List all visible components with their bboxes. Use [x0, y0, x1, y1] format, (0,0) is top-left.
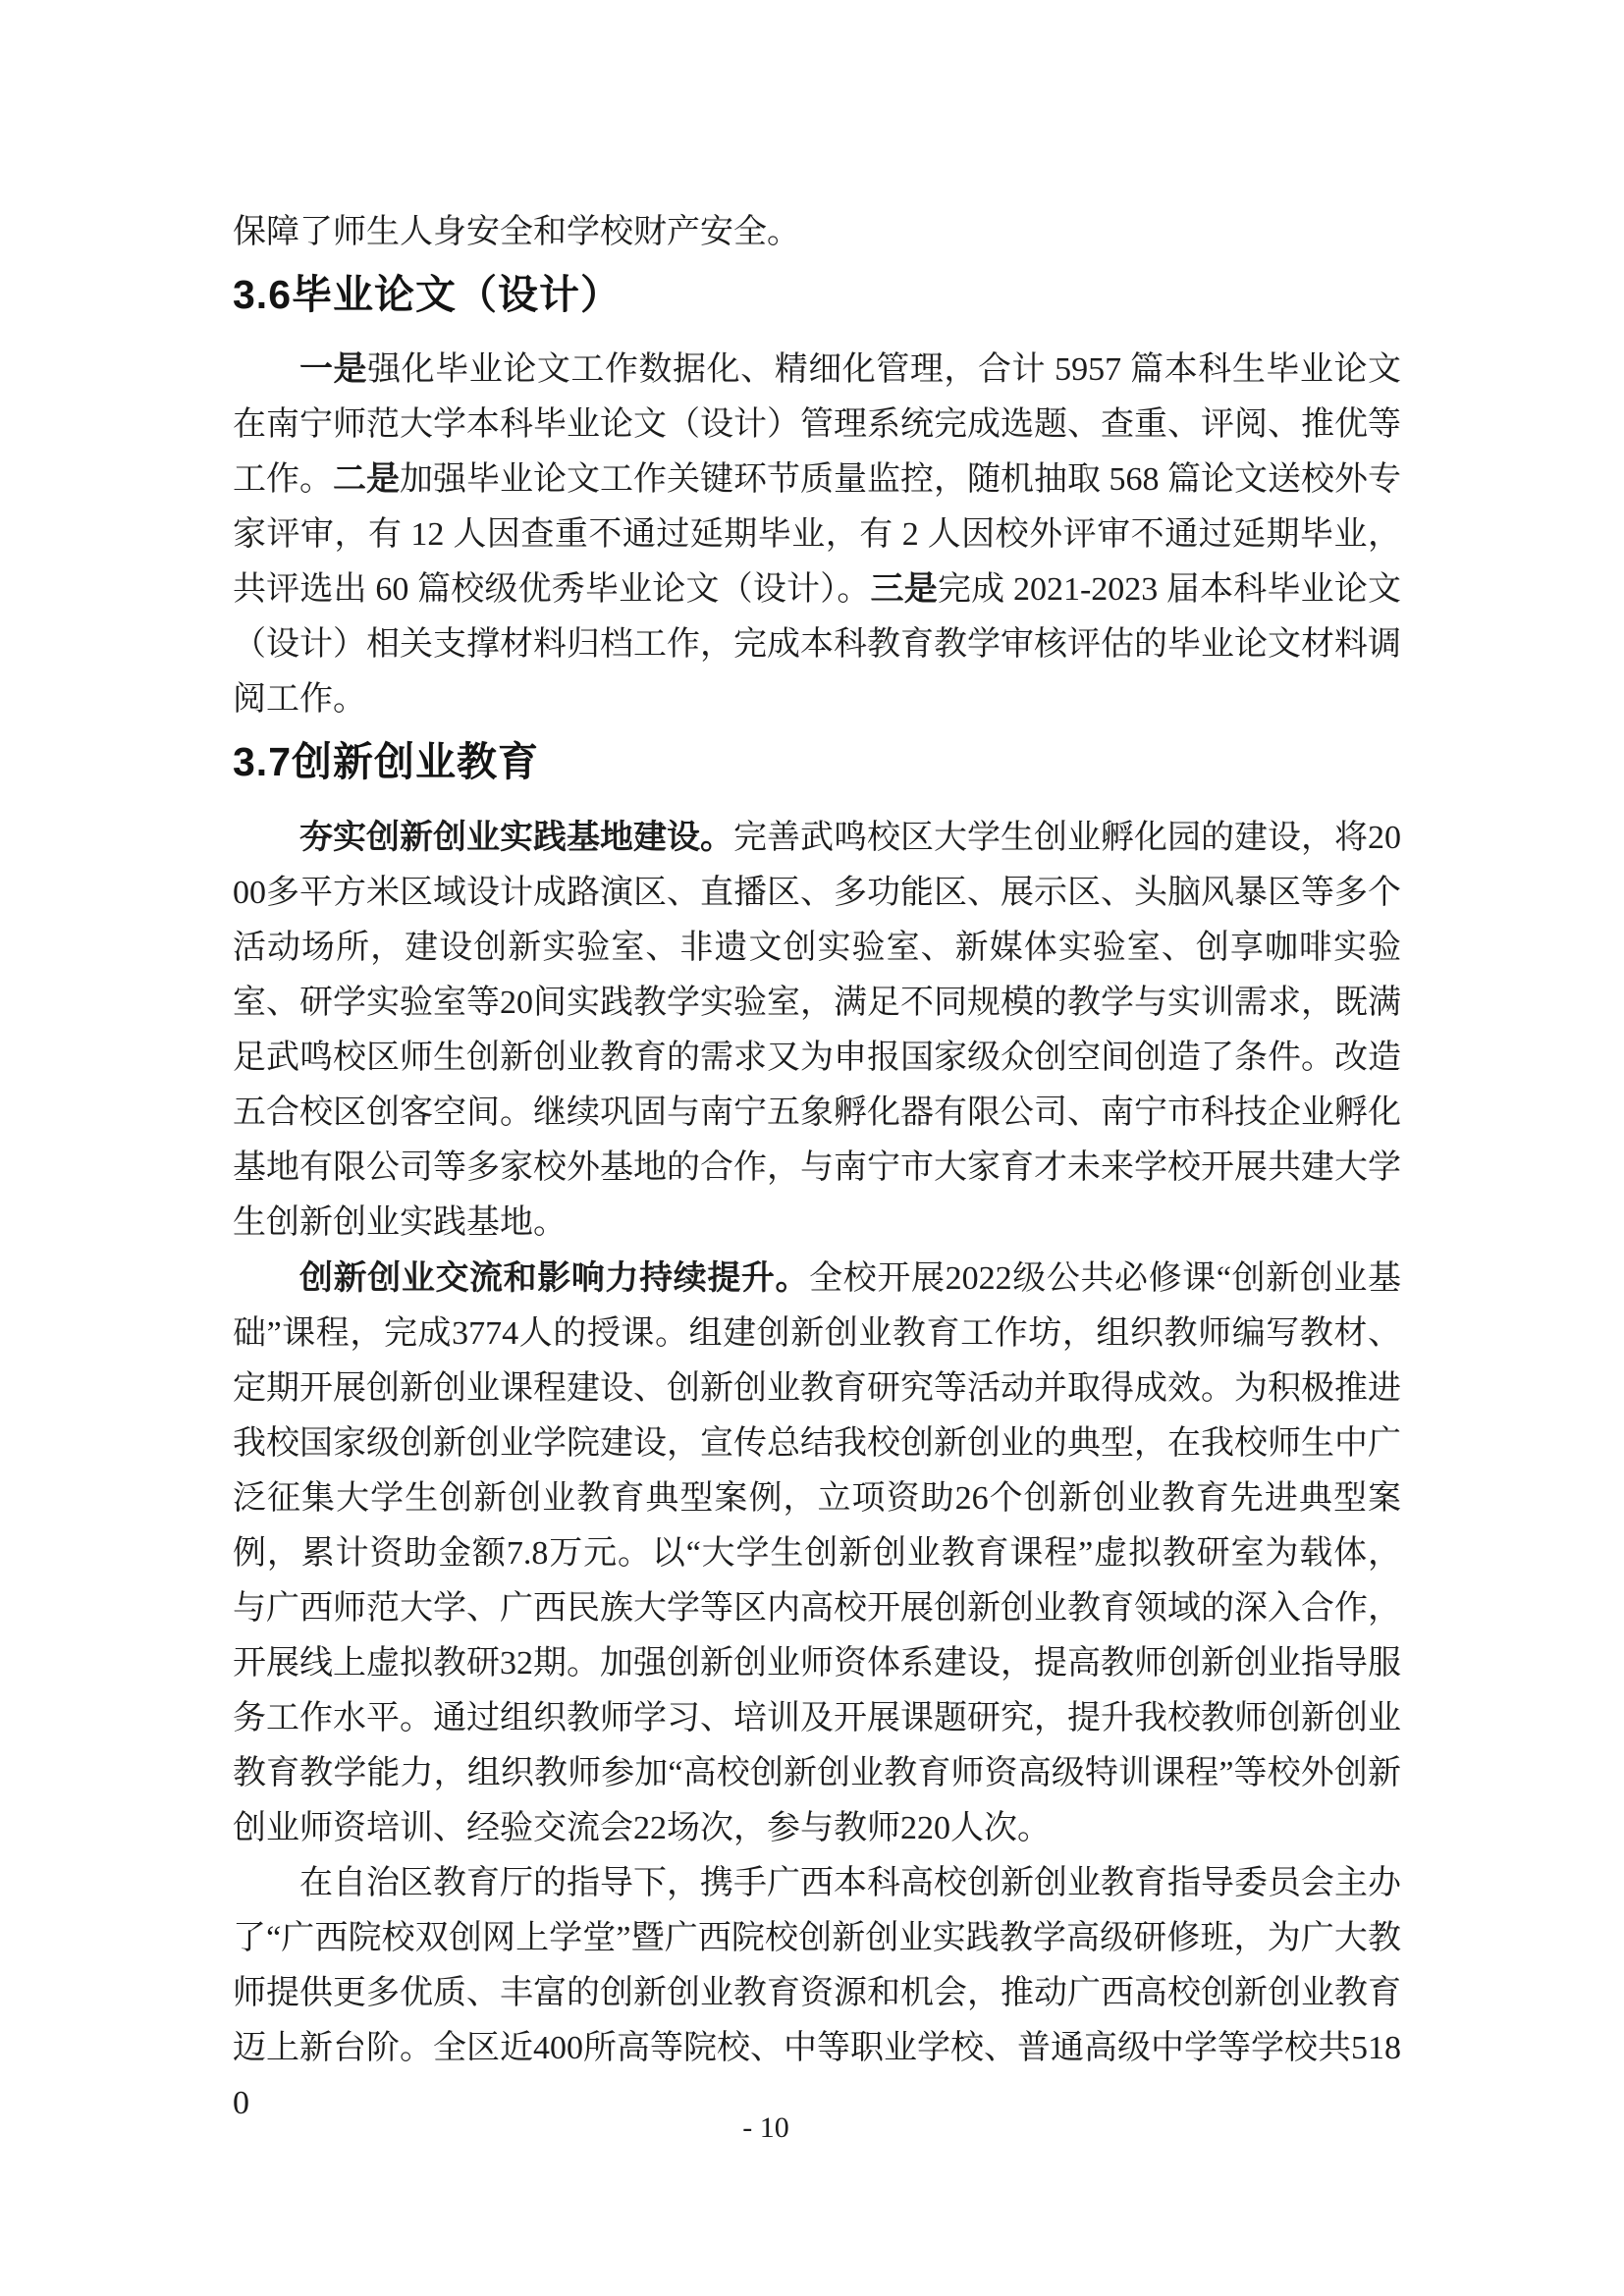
section-3-7-paragraph-1: 夯实创新创业实践基地建设。完善武鸣校区大学生创业孵化园的建设，将2000多平方米…	[233, 810, 1401, 1251]
bold-lead-exchange-influence: 创新创业交流和影响力持续提升。	[299, 1259, 809, 1297]
text-run: 完善武鸣校区大学生创业孵化园的建设，将2000多平方米区域设计成路演区、直播区、…	[233, 820, 1401, 1241]
text-run: 全校开展2022级公共必修课“创新创业基础”课程，完成3774人的授课。组建创新…	[233, 1260, 1401, 1846]
bold-lead-practice-base: 夯实创新创业实践基地建设。	[299, 819, 733, 856]
document-page: 保障了师生人身安全和学校财产安全。 3.6毕业论文（设计） 一是强化毕业论文工作…	[0, 0, 1624, 2296]
page-content: 保障了师生人身安全和学校财产安全。 3.6毕业论文（设计） 一是强化毕业论文工作…	[233, 205, 1401, 2131]
bold-marker-first: 一是	[299, 351, 367, 388]
section-3-6-paragraph: 一是强化毕业论文工作数据化、精细化管理，合计 5957 篇本科生毕业论文在南宁师…	[233, 343, 1401, 727]
section-3-7-paragraph-3: 在自治区教育厅的指导下，携手广西本科高校创新创业教育指导委员会主办了“广西院校双…	[233, 1856, 1401, 2131]
section-heading-3-6: 3.6毕业论文（设计）	[233, 266, 1401, 323]
bold-marker-third: 三是	[871, 571, 938, 608]
page-number: - 10	[677, 2110, 854, 2146]
section-heading-3-7: 3.7创新创业教育	[233, 733, 1401, 790]
paragraph-continuation: 保障了师生人身安全和学校财产安全。	[233, 205, 1401, 260]
section-3-7-paragraph-2: 创新创业交流和影响力持续提升。全校开展2022级公共必修课“创新创业基础”课程，…	[233, 1251, 1401, 1856]
text-run: 在自治区教育厅的指导下，携手广西本科高校创新创业教育指导委员会主办了“广西院校双…	[233, 1865, 1401, 2121]
bold-marker-second: 二是	[333, 461, 400, 498]
